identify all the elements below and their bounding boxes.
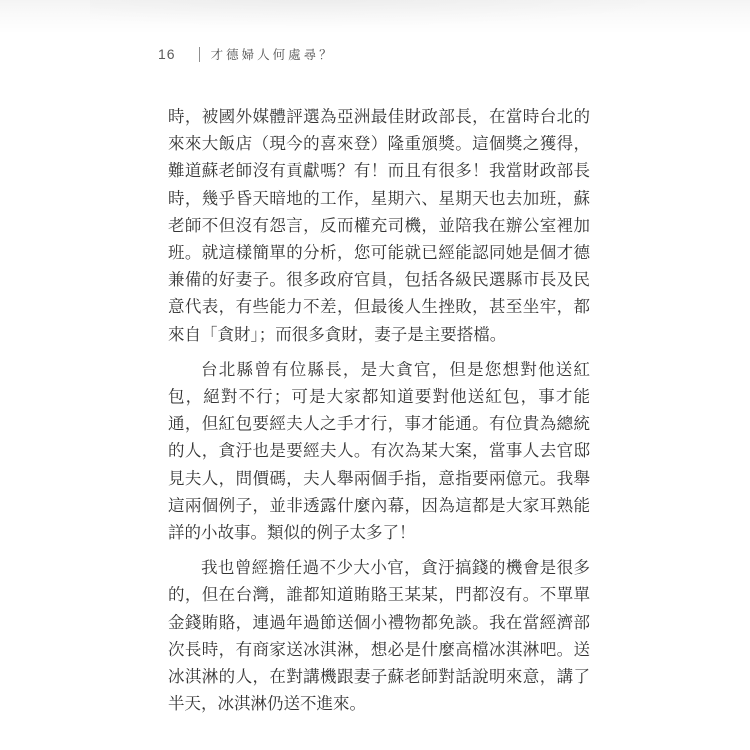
paragraph-2: 台北縣曾有位縣長，是大貪官，但是您想對他送紅包，絕對不行；可是大家都知道要對他送… — [168, 356, 590, 546]
header-divider — [199, 47, 200, 62]
book-page: 16 才德婦人何處尋？ 時，被國外媒體評選為亞洲最佳財政部長，在當時台北的來來大… — [0, 0, 750, 750]
running-header: 16 才德婦人何處尋？ — [158, 45, 335, 63]
paragraph-1: 時，被國外媒體評選為亞洲最佳財政部長，在當時台北的來來大飯店（現今的喜來登）隆重… — [168, 103, 590, 348]
body-text: 時，被國外媒體評選為亞洲最佳財政部長，在當時台北的來來大飯店（現今的喜來登）隆重… — [168, 103, 590, 725]
page-top-shadow — [0, 0, 750, 34]
running-title: 才德婦人何處尋？ — [211, 45, 335, 63]
paragraph-3: 我也曾經擔任過不少大小官，貪汙搞錢的機會是很多的，但在台灣，誰都知道賄賂王某某，… — [168, 554, 590, 717]
page-top-shadow-patch — [90, 0, 650, 26]
page-number: 16 — [158, 46, 176, 62]
